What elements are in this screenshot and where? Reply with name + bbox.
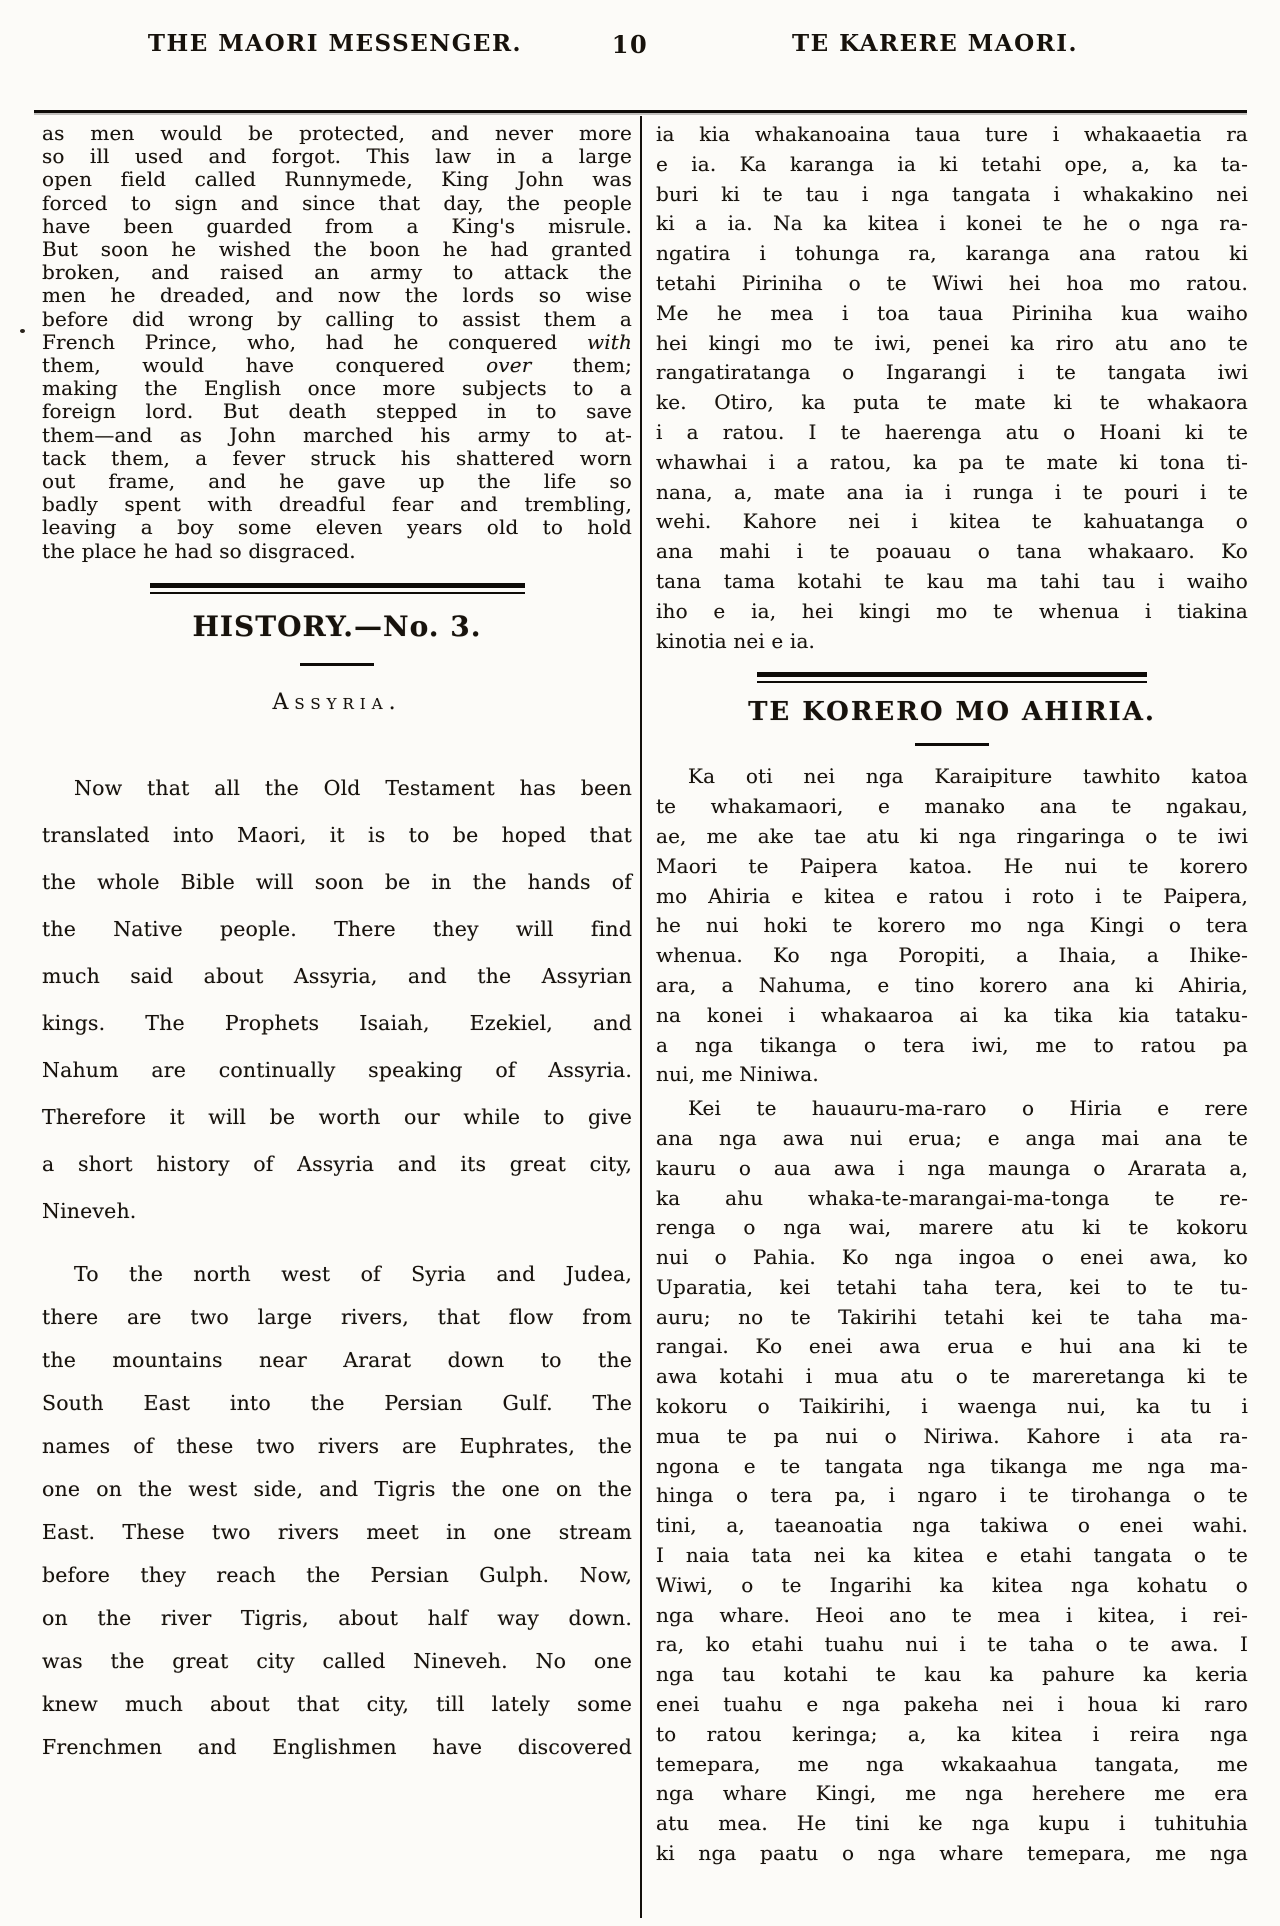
plain-text: them, would have conquered: [42, 353, 486, 377]
text-line: them, would have conquered over them;: [42, 354, 632, 377]
italic-text: over: [486, 353, 531, 377]
text-line: iho e ia, hei kingi mo te whenua i tiaki…: [656, 597, 1248, 627]
text-line: rangai. Ko enei awa erua e hui ana ki te: [656, 1332, 1248, 1362]
text-line: ara, a Nahuma, e tino korero ana ki Ahir…: [656, 971, 1248, 1001]
text-line: wehi. Kahore nei i kitea te kahuatanga o: [656, 507, 1248, 537]
text-line: To the north west of Syria and Judea,: [42, 1253, 632, 1296]
text-line: nga tau kotahi te kau ka pahure ka keria: [656, 1660, 1248, 1690]
text-line: temepara, me nga wkakaahua tangata, me: [656, 1750, 1248, 1780]
text-line: ke. Otiro, ka puta te mate ki te whakaor…: [656, 388, 1248, 418]
text-line: ana nga awa nui erua; e anga mai ana te: [656, 1124, 1248, 1154]
text-line: hei kingi mo te iwi, penei ka riro atu a…: [656, 329, 1248, 359]
text-line: auru; no te Takirihi tetahi kei te taha …: [656, 1303, 1248, 1333]
text-line: i a ratou. I te haerenga atu o Hoani ki …: [656, 418, 1248, 448]
text-line: I naia tata nei ka kitea e etahi tangata…: [656, 1541, 1248, 1571]
text-line: to ratou keringa; a, ka kitea i reira ng…: [656, 1720, 1248, 1750]
text-line: the Native people. There they will find: [42, 906, 632, 953]
text-line: But soon he wished the boon he had grant…: [42, 238, 632, 261]
text-line: the place he had so disgraced.: [42, 540, 632, 563]
text-line: Therefore it will be worth our while to …: [42, 1094, 632, 1141]
text-line: whawhai i a ratou, ka pa te mate ki tona…: [656, 448, 1248, 478]
text-line: broken, and raised an army to attack the: [42, 261, 632, 284]
text-line: as men would be protected, and never mor…: [42, 122, 632, 145]
text-line: a nga tikanga o tera iwi, me to ratou pa: [656, 1031, 1248, 1061]
text-line: one on the west side, and Tigris the one…: [42, 1468, 632, 1511]
text-line: nga whare. Heoi ano te mea i kitea, i re…: [656, 1601, 1248, 1631]
text-line: making the English once more subjects to…: [42, 377, 632, 400]
text-line: there are two large rivers, that flow fr…: [42, 1296, 632, 1339]
text-line: tini, a, taeanoatia nga takiwa o enei wa…: [656, 1511, 1248, 1541]
text-line: atu mea. He tini ke nga kupu i tuhituhia: [656, 1809, 1248, 1839]
text-line: Nineveh.: [42, 1188, 632, 1235]
text-line: mua te pa nui o Niriwa. Kahore i ata ra-: [656, 1422, 1248, 1452]
english-paragraph-rivers: To the north west of Syria and Judea,the…: [42, 1253, 632, 1769]
text-line: enei tuahu e nga pakeha nei i houa ki ra…: [656, 1690, 1248, 1720]
text-line: men he dreaded, and now the lords so wis…: [42, 284, 632, 307]
text-line: much said about Assyria, and the Assyria…: [42, 953, 632, 1000]
text-line: renga o nga wai, marere atu ki te kokoru: [656, 1213, 1248, 1243]
text-line: before they reach the Persian Gulph. Now…: [42, 1554, 632, 1597]
maori-paragraph-continuation: ia kia whakanoaina taua ture i whakaaeti…: [656, 120, 1248, 656]
text-line: kings. The Prophets Isaiah, Ezekiel, and: [42, 1000, 632, 1047]
english-paragraph-continuation: as men would be protected, and never mor…: [42, 122, 632, 563]
text-line: South East into the Persian Gulf. The: [42, 1382, 632, 1425]
text-line: so ill used and forgot. This law in a la…: [42, 145, 632, 168]
text-line: Nahum are continually speaking of Assyri…: [42, 1047, 632, 1094]
right-column: ia kia whakanoaina taua ture i whakaaeti…: [656, 120, 1248, 1869]
text-line: Maori te Paipera katoa. He nui te korero: [656, 852, 1248, 882]
korero-section-heading: TE KORERO MO AHIRIA.: [656, 697, 1248, 727]
text-line: a short history of Assyria and its great…: [42, 1141, 632, 1188]
scan-speck: [20, 329, 25, 333]
text-line: whenua. Ko nga Poropiti, a Ihaia, a Ihik…: [656, 941, 1248, 971]
text-line: Now that all the Old Testament has been: [42, 765, 632, 812]
text-line: them—and as John marched his army to at-: [42, 424, 632, 447]
text-line: rangatiratanga o Ingarangi i te tangata …: [656, 358, 1248, 388]
text-line: Kei te hauauru-ma-raro o Hiria e rere: [656, 1094, 1248, 1124]
section-divider-rule: [757, 672, 1147, 683]
text-line: Wiwi, o te Ingarihi ka kitea nga kohatu …: [656, 1571, 1248, 1601]
newspaper-page: THE MAORI MESSENGER. 10 TE KARERE MAORI.…: [0, 0, 1280, 1926]
text-line: on the river Tigris, about half way down…: [42, 1597, 632, 1640]
text-line: ka ahu whaka-te-marangai-ma-tonga te re-: [656, 1184, 1248, 1214]
text-line: the mountains near Ararat down to the: [42, 1339, 632, 1382]
plain-text: them;: [531, 353, 632, 377]
text-line: Uparatia, kei tetahi taha tera, kei to t…: [656, 1273, 1248, 1303]
text-line: ki nga paatu o nga whare temepara, me ng…: [656, 1839, 1248, 1869]
text-line: badly spent with dreadful fear and tremb…: [42, 493, 632, 516]
heading-underline-rule: [915, 743, 989, 746]
text-line: ki a ia. Na ka kitea i konei te he o nga…: [656, 209, 1248, 239]
text-line: out frame, and he gave up the life so: [42, 470, 632, 493]
text-line: forced to sign and since that day, the p…: [42, 192, 632, 215]
maori-paragraph-rivers: Kei te hauauru-ma-raro o Hiria e rereana…: [656, 1094, 1248, 1869]
text-line: ngona e te tangata nga tikanga me nga ma…: [656, 1452, 1248, 1482]
heading-underline-rule: [300, 663, 374, 666]
text-line: knew much about that city, till lately s…: [42, 1683, 632, 1726]
italic-text: with: [587, 330, 632, 354]
text-line: te whakamaori, e manako ana te ngakau,: [656, 792, 1248, 822]
text-line: tetahi Piriniha o te Wiwi hei hoa mo rat…: [656, 269, 1248, 299]
text-line: French Prince, who, had he conquered wit…: [42, 331, 632, 354]
text-line: nga whare Kingi, me nga herehere me era: [656, 1779, 1248, 1809]
text-line: nana, a, mate ana ia i runga i te pouri …: [656, 478, 1248, 508]
text-line: ngatira i tohunga ra, karanga ana ratou …: [656, 239, 1248, 269]
text-line: kauru o aua awa i nga maunga o Ararata a…: [656, 1154, 1248, 1184]
text-line: East. These two rivers meet in one strea…: [42, 1511, 632, 1554]
text-line: have been guarded from a King's misrule.: [42, 215, 632, 238]
section-divider-rule: [150, 583, 525, 594]
text-line: ana mahi i te poauau o tana whakaaro. Ko: [656, 537, 1248, 567]
masthead-left-title: THE MAORI MESSENGER.: [55, 30, 615, 57]
text-line: the whole Bible will soon be in the hand…: [42, 859, 632, 906]
column-divider: [640, 116, 642, 1918]
page-number: 10: [598, 30, 662, 59]
text-line: he nui hoki te korero mo nga Kingi o ter…: [656, 911, 1248, 941]
text-line: was the great city called Nineveh. No on…: [42, 1640, 632, 1683]
text-line: ra, ko etahi tuahu nui i te taha o te aw…: [656, 1630, 1248, 1660]
history-section-heading: HISTORY.—No. 3.: [42, 610, 632, 643]
text-line: hinga o tera pa, i ngaro i te tirohanga …: [656, 1481, 1248, 1511]
text-line: names of these two rivers are Euphrates,…: [42, 1425, 632, 1468]
english-paragraph-old-testament: Now that all the Old Testament has beent…: [42, 765, 632, 1235]
text-line: before did wrong by calling to assist th…: [42, 308, 632, 331]
text-line: foreign lord. But death stepped in to sa…: [42, 400, 632, 423]
text-line: tack them, a fever struck his shattered …: [42, 447, 632, 470]
maori-paragraph-karaipiture: Ka oti nei nga Karaipiture tawhito katoa…: [656, 762, 1248, 1090]
left-column: as men would be protected, and never mor…: [42, 122, 632, 1769]
text-line: Me he mea i toa taua Piriniha kua waiho: [656, 299, 1248, 329]
text-line: leaving a boy some eleven years old to h…: [42, 516, 632, 539]
text-line: Ka oti nei nga Karaipiture tawhito katoa: [656, 762, 1248, 792]
text-line: tana tama kotahi te kau ma tahi tau i wa…: [656, 567, 1248, 597]
text-line: kinotia nei e ia.: [656, 627, 1248, 657]
plain-text: French Prince, who, had he conquered: [42, 330, 587, 354]
text-line: ia kia whakanoaina taua ture i whakaaeti…: [656, 120, 1248, 150]
text-line: kokoru o Taikirihi, i waenga nui, ka tu …: [656, 1392, 1248, 1422]
text-line: mo Ahiria e kitea e ratou i roto i te Pa…: [656, 882, 1248, 912]
assyria-subheading: Assyria.: [42, 690, 632, 715]
text-line: translated into Maori, it is to be hoped…: [42, 812, 632, 859]
text-line: buri ki te tau i nga tangata i whakakino…: [656, 180, 1248, 210]
text-line: nui, me Niniwa.: [656, 1060, 1248, 1090]
text-line: open field called Runnymede, King John w…: [42, 168, 632, 191]
masthead-rule: [34, 110, 1247, 113]
masthead-right-title: TE KARERE MAORI.: [660, 30, 1210, 57]
text-line: e ia. Ka karanga ia ki tetahi ope, a, ka…: [656, 150, 1248, 180]
text-line: awa kotahi i mua atu o te mareretanga ki…: [656, 1362, 1248, 1392]
text-line: Frenchmen and Englishmen have discovered: [42, 1726, 632, 1769]
text-line: na konei i whakaaroa ai ka tika kia tata…: [656, 1001, 1248, 1031]
text-line: nui o Pahia. Ko nga ingoa o enei awa, ko: [656, 1243, 1248, 1273]
text-line: ae, me ake tae atu ki nga ringaringa o t…: [656, 822, 1248, 852]
